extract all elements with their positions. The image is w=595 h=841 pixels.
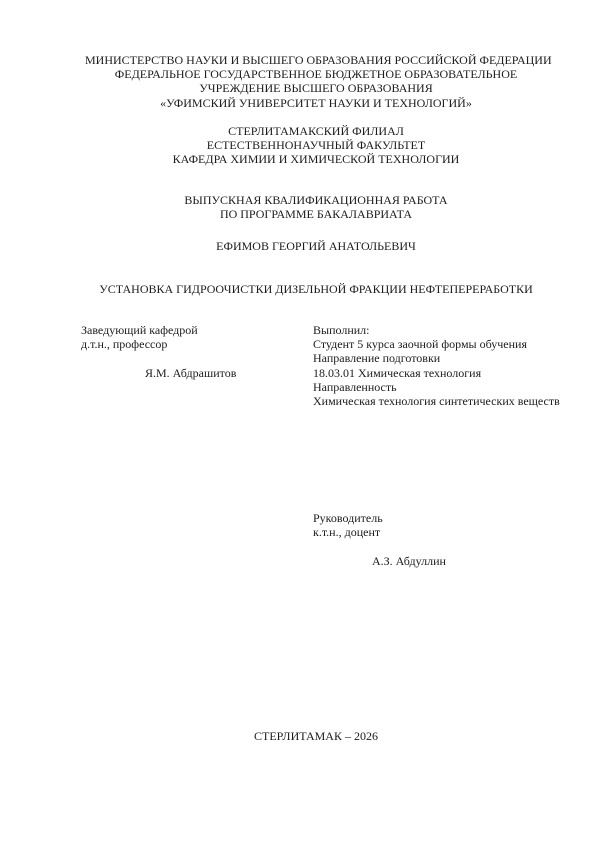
branch-line: СТЕРЛИТАМАКСКИЙ ФИЛИАЛ <box>85 124 547 138</box>
performer-line: Химическая технология синтетических веще… <box>313 394 583 408</box>
thesis-title: УСТАНОВКА ГИДРООЧИСТКИ ДИЗЕЛЬНОЙ ФРАКЦИИ… <box>85 282 547 296</box>
ministry-line: УЧРЕЖДЕНИЕ ВЫСШЕГО ОБРАЗОВАНИЯ <box>85 81 547 95</box>
work-type-header: ВЫПУСКНАЯ КВАЛИФИКАЦИОННАЯ РАБОТА ПО ПРО… <box>85 193 547 221</box>
department-head-name: Я.М. Абдрашитов <box>81 366 306 380</box>
ministry-header: МИНИСТЕРСТВО НАУКИ И ВЫСШЕГО ОБРАЗОВАНИЯ… <box>85 53 547 110</box>
document-page: МИНИСТЕРСТВО НАУКИ И ВЫСШЕГО ОБРАЗОВАНИЯ… <box>0 0 595 841</box>
supervisor-role: Руководитель <box>313 511 583 525</box>
performer-block: Выполнил: Студент 5 курса заочной формы … <box>313 323 583 408</box>
performer-line: Студент 5 курса заочной формы обучения <box>313 337 583 351</box>
author-name: ЕФИМОВ ГЕОРГИЙ АНАТОЛЬЕВИЧ <box>85 239 547 253</box>
supervisor-name: А.З. Абдуллин <box>313 554 583 568</box>
ministry-line: «УФИМСКИЙ УНИВЕРСИТЕТ НАУКИ И ТЕХНОЛОГИЙ… <box>85 96 547 110</box>
spacer <box>313 539 583 553</box>
spacer <box>81 351 306 365</box>
department-head-role: Заведующий кафедрой <box>81 323 306 337</box>
ministry-line: ФЕДЕРАЛЬНОЕ ГОСУДАРСТВЕННОЕ БЮДЖЕТНОЕ ОБ… <box>85 67 547 81</box>
performer-line: Направленность <box>313 380 583 394</box>
department-head-degree: д.т.н., профессор <box>81 337 306 351</box>
branch-line: КАФЕДРА ХИМИИ И ХИМИЧЕСКОЙ ТЕХНОЛОГИИ <box>85 152 547 166</box>
performer-label: Выполнил: <box>313 323 583 337</box>
ministry-line: МИНИСТЕРСТВО НАУКИ И ВЫСШЕГО ОБРАЗОВАНИЯ… <box>85 53 547 67</box>
branch-header: СТЕРЛИТАМАКСКИЙ ФИЛИАЛ ЕСТЕСТВЕННОНАУЧНЫ… <box>85 124 547 167</box>
supervisor-block: Руководитель к.т.н., доцент А.З. Абдулли… <box>313 511 583 568</box>
work-type-line: ПО ПРОГРАММЕ БАКАЛАВРИАТА <box>85 207 547 221</box>
department-head-block: Заведующий кафедрой д.т.н., профессор Я.… <box>81 323 306 380</box>
work-type-line: ВЫПУСКНАЯ КВАЛИФИКАЦИОННАЯ РАБОТА <box>85 193 547 207</box>
branch-line: ЕСТЕСТВЕННОНАУЧНЫЙ ФАКУЛЬТЕТ <box>85 138 547 152</box>
supervisor-degree: к.т.н., доцент <box>313 525 583 539</box>
performer-line: Направление подготовки <box>313 351 583 365</box>
performer-line: 18.03.01 Химическая технология <box>313 366 583 380</box>
city-year: СТЕРЛИТАМАК – 2026 <box>85 729 547 743</box>
